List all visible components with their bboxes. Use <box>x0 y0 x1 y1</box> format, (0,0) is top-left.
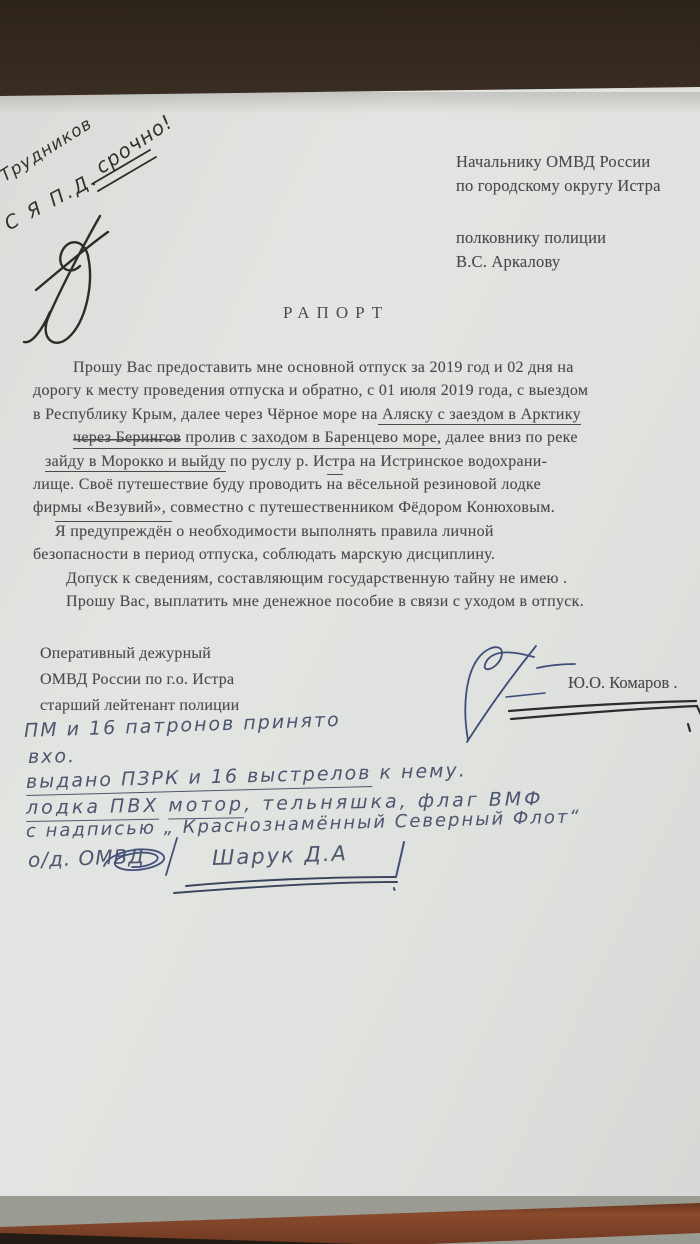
body-line: Прошу Вас, выплатить мне денежное пособи… <box>33 590 695 613</box>
body-segment: безопасности в период отпуска, соблюдать… <box>33 546 495 563</box>
body-segment: Прошу Вас, выплатить мне денежное пособи… <box>66 593 584 610</box>
note-segment: Шарук Д.А <box>212 841 349 870</box>
recipient-line-3: полковнику полиции <box>456 228 606 248</box>
body-segment: на <box>327 474 343 493</box>
note-incoming: вхо. <box>28 745 76 768</box>
body-segment: в Республику Крым, далее через Чёрное мо… <box>33 406 378 423</box>
note-duty-officer: о/д. ОМВД <box>28 844 146 872</box>
body-line: Допуск к сведениям, составляющим государ… <box>33 567 695 590</box>
body-line: Прошу Вас предоставить мне основной отпу… <box>33 356 695 379</box>
signer-name: Ю.О. Комаров . <box>568 673 678 693</box>
note-segment: к нему. <box>371 759 467 783</box>
body-segment: дорогу к месту проведения отпуска и обра… <box>33 382 588 399</box>
body-line: через Берингов пролив с заходом в Баренц… <box>33 426 695 449</box>
body-segment: Прошу Вас предоставить мне основной отпу… <box>73 359 574 376</box>
body-segment: по руслу р. Истра на Истринское водохран… <box>226 453 548 470</box>
body-line: дорогу к месту проведения отпуска и обра… <box>33 379 695 402</box>
body-segment: далее вниз по реке <box>441 429 577 446</box>
body-lines: Прошу Вас предоставить мне основной отпу… <box>33 356 695 613</box>
recipient-line-1: Начальнику ОМВД России <box>456 152 650 172</box>
body-segment: пролив с заходом в Баренцево море, <box>181 429 441 449</box>
note-sharuk: Шарук Д.А <box>212 841 349 870</box>
body-segment: фирмы «Везувий», совместно с путешествен… <box>33 499 555 516</box>
signoff-line-3: старший лейтенант полиции <box>40 697 239 715</box>
body-segment: о необходимости выполнять правила личной <box>172 523 494 540</box>
body-segment: Допуск к сведениям, составляющим государ… <box>66 570 567 587</box>
body-line: лище. Своё путешествие буду проводить на… <box>33 473 695 496</box>
body-line: зайду в Морокко и выйду по руслу р. Истр… <box>33 450 695 473</box>
paper-top-shadow <box>0 92 700 114</box>
signoff-line-2: ОМВД России по г.о. Истра <box>40 671 234 689</box>
document-photo: Трудников срочно! С Я П.Д. Начальнику ОМ… <box>0 0 700 1244</box>
note-segment: о/д. ОМВД <box>28 844 146 872</box>
recipient-line-2: по городскому округу Истра <box>456 176 661 196</box>
note-segment: вхо. <box>28 745 76 768</box>
body-segment: лище. Своё путешествие буду проводить <box>33 476 327 493</box>
body-segment: вёсельной резиновой лодке <box>343 476 541 493</box>
table-surface-top <box>0 0 700 100</box>
body-segment: Аляску с заездом в Арктику <box>378 406 581 426</box>
body-segment: Я предупреждён <box>55 521 172 540</box>
signoff-line-1: Оперативный дежурный <box>40 645 211 663</box>
report-title: РАПОРТ <box>283 303 389 323</box>
body-line: в Республику Крым, далее через Чёрное мо… <box>33 403 695 426</box>
body-line: Я предупреждён о необходимости выполнять… <box>33 520 695 543</box>
body-segment: зайду в Морокко и выйду <box>45 453 226 473</box>
body-line: фирмы «Везувий», совместно с путешествен… <box>33 496 695 519</box>
body-line: безопасности в период отпуска, соблюдать… <box>33 543 695 566</box>
body-segment: через Берингов <box>73 429 181 449</box>
recipient-line-4: В.С. Аркалову <box>456 252 560 272</box>
